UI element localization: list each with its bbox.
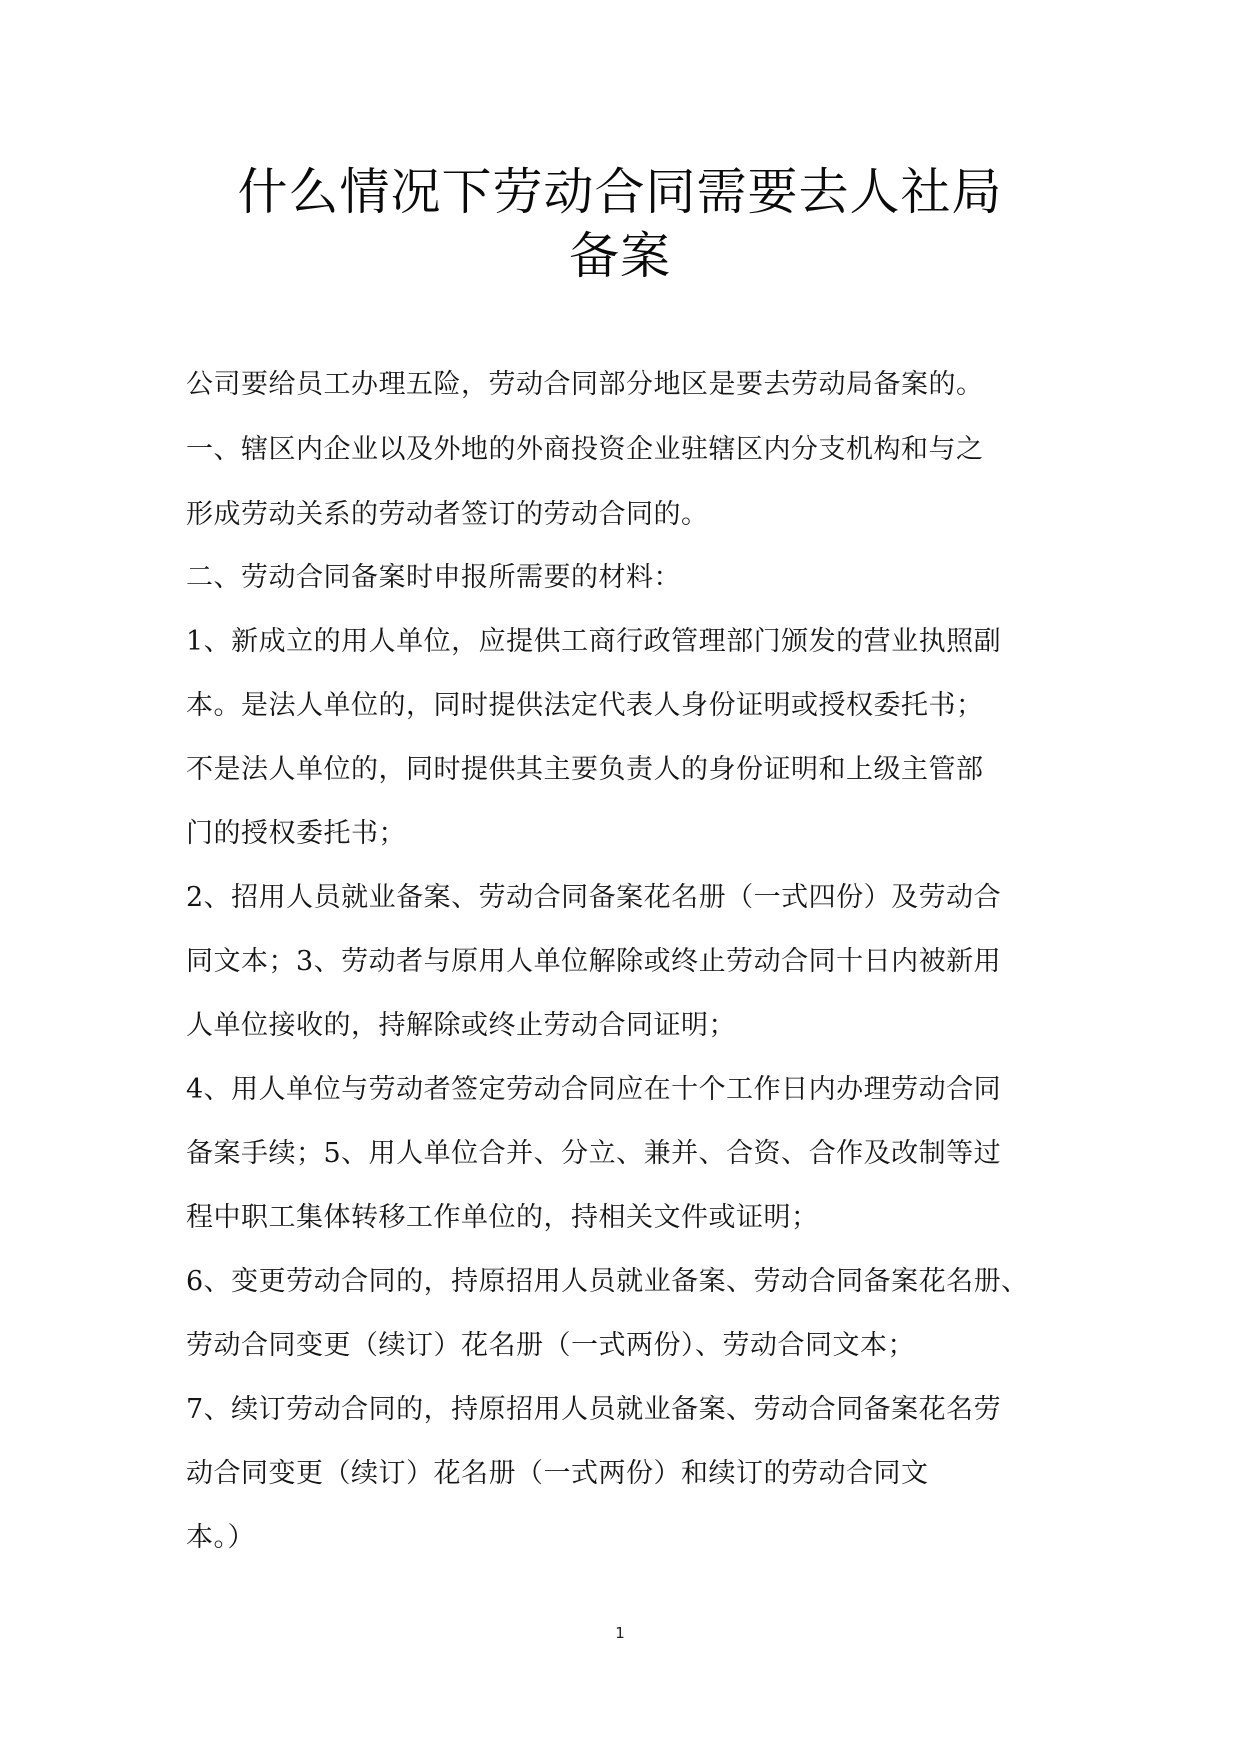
paragraph-line: 备案手续；5、用人单位合并、分立、兼并、合资、合作及改制等过 xyxy=(186,1137,1001,1171)
paragraph-line: 1、新成立的用人单位，应提供工商行政管理部门颁发的营业执照副 xyxy=(186,625,1001,659)
document-title: 什么情况下劳动合同需要去人社局 备案 xyxy=(150,160,1090,288)
paragraph-line: 不是法人单位的，同时提供其主要负责人的身份证明和上级主管部 xyxy=(186,753,984,787)
paragraph-line: 劳动合同变更（续订）花名册（一式两份）、劳动合同文本； xyxy=(186,1329,915,1363)
title-line-2: 备案 xyxy=(150,224,1090,288)
paragraph-line: 本。是法人单位的，同时提供法定代表人身份证明或授权委托书； xyxy=(186,689,984,723)
paragraph-line: 一、辖区内企业以及外地的外商投资企业驻辖区内分支机构和与之 xyxy=(186,433,984,467)
paragraph-line: 二、劳动合同备案时申报所需要的材料： xyxy=(186,561,681,595)
paragraph-line: 6、变更劳动合同的，持原招用人员就业备案、劳动合同备案花名册、 xyxy=(186,1265,1029,1299)
paragraph-line: 本。） xyxy=(186,1521,255,1555)
title-line-1: 什么情况下劳动合同需要去人社局 xyxy=(150,160,1090,224)
paragraph-line: 2、招用人员就业备案、劳动合同备案花名册（一式四份）及劳动合 xyxy=(186,881,1001,915)
paragraph-line: 4、用人单位与劳动者签定劳动合同应在十个工作日内办理劳动合同 xyxy=(186,1073,1001,1107)
document-page: 什么情况下劳动合同需要去人社局 备案 公司要给员工办理五险，劳动合同部分地区是要… xyxy=(0,0,1240,1754)
paragraph-line: 程中职工集体转移工作单位的，持相关文件或证明； xyxy=(186,1201,819,1235)
page-number: 1 xyxy=(0,1624,1240,1642)
paragraph-line: 同文本；3、劳动者与原用人单位解除或终止劳动合同十日内被新用 xyxy=(186,945,1001,979)
paragraph-line: 动合同变更（续订）花名册（一式两份）和续订的劳动合同文 xyxy=(186,1457,929,1491)
paragraph-line: 人单位接收的，持解除或终止劳动合同证明； xyxy=(186,1009,736,1043)
paragraph-line: 形成劳动关系的劳动者签订的劳动合同的。 xyxy=(186,498,709,532)
paragraph-line: 7、续订劳动合同的，持原招用人员就业备案、劳动合同备案花名劳 xyxy=(186,1393,1001,1427)
paragraph-line: 公司要给员工办理五险，劳动合同部分地区是要去劳动局备案的。 xyxy=(186,368,984,402)
paragraph-line: 门的授权委托书； xyxy=(186,817,406,851)
